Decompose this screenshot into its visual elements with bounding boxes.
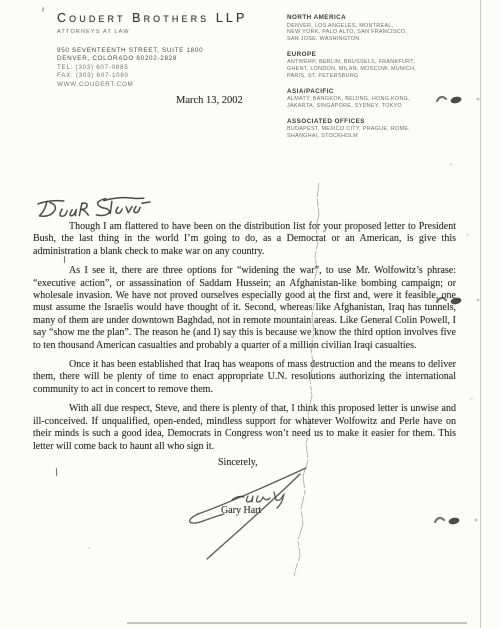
address-line-tel: TEL: (303) 607-0885 — [57, 64, 247, 72]
speck-artifact — [470, 398, 473, 400]
body-paragraph-4: With all due respect, Steve, and there i… — [33, 403, 456, 453]
letter-body: Though I am flattered to have been on th… — [33, 221, 456, 460]
stray-mark — [56, 468, 57, 476]
signer-name: Gary Hart — [221, 505, 261, 516]
office-cities-line: BUDAPEST, MEXICO CITY, PRAGUE, ROME, — [287, 126, 475, 133]
speck-artifact — [88, 547, 91, 549]
letterhead-left: Coudert Brothers LLP ATTORNEYS AT LAW 95… — [57, 11, 247, 89]
speck-artifact — [449, 163, 453, 166]
office-cities-line: SAN JOSE, WASHINGTON — [287, 36, 475, 43]
speck-artifact — [466, 233, 469, 236]
office-group-europe: EUROPE ANTWERP, BERLIN, BRUSSELS, FRANKF… — [287, 51, 475, 80]
office-region-label: NORTH AMERICA — [287, 14, 475, 21]
address-line-street: 950 SEVENTEENTH STREET, SUITE 1800 — [57, 47, 247, 55]
stray-mark — [42, 7, 45, 12]
office-cities-line: NEW YORK, PALO ALTO, SAN FRANCISCO, — [287, 29, 475, 36]
smudge-artifact-middle — [434, 291, 484, 311]
body-paragraph-2: As I see it, there are three options for… — [33, 265, 456, 352]
office-cities-line: SHANGHAI, STOCKHOLM — [287, 133, 475, 140]
office-group-north-america: NORTH AMERICA DENVER, LOS ANGELES, MONTR… — [287, 14, 475, 43]
body-paragraph-1: Though I am flattered to have been on th… — [33, 221, 456, 258]
address-line-web: WWW.COUDERT.COM — [57, 81, 247, 89]
firm-address-block: 950 SEVENTEENTH STREET, SUITE 1800 DENVE… — [57, 47, 247, 89]
body-paragraph-3: Once it has been established that Iraq h… — [33, 359, 456, 396]
office-region-label: EUROPE — [287, 51, 475, 58]
scan-right-edge — [480, 0, 481, 628]
address-line-fax: FAX: (303) 607-1080 — [57, 72, 247, 80]
scan-bottom-edge — [127, 622, 467, 624]
office-cities-line: GHENT, LONDON, MILAN, MOSCOW, MUNICH, — [287, 66, 475, 73]
firm-name: Coudert Brothers LLP — [57, 11, 247, 25]
firm-tagline: ATTORNEYS AT LAW — [57, 29, 247, 35]
address-line-city: DENVER, COLORADO 80202-2828 — [57, 55, 247, 63]
smudge-artifact-bottom — [432, 511, 482, 531]
scanned-letter-page: Coudert Brothers LLP ATTORNEYS AT LAW 95… — [0, 0, 500, 628]
letter-date: March 13, 2002 — [176, 95, 243, 106]
office-cities-line: DENVER, LOS ANGELES, MONTREAL, — [287, 23, 475, 30]
handwritten-greeting — [33, 187, 152, 223]
office-cities-line: PARIS, ST. PETERSBURG — [287, 73, 475, 80]
office-region-label: ASSOCIATED OFFICES — [287, 118, 475, 125]
letterhead-offices: NORTH AMERICA DENVER, LOS ANGELES, MONTR… — [287, 14, 475, 148]
smudge-artifact-top — [434, 90, 484, 110]
office-cities-line: ANTWERP, BERLIN, BRUSSELS, FRANKFURT, — [287, 59, 475, 66]
office-group-associated: ASSOCIATED OFFICES BUDAPEST, MEXICO CITY… — [287, 118, 475, 140]
